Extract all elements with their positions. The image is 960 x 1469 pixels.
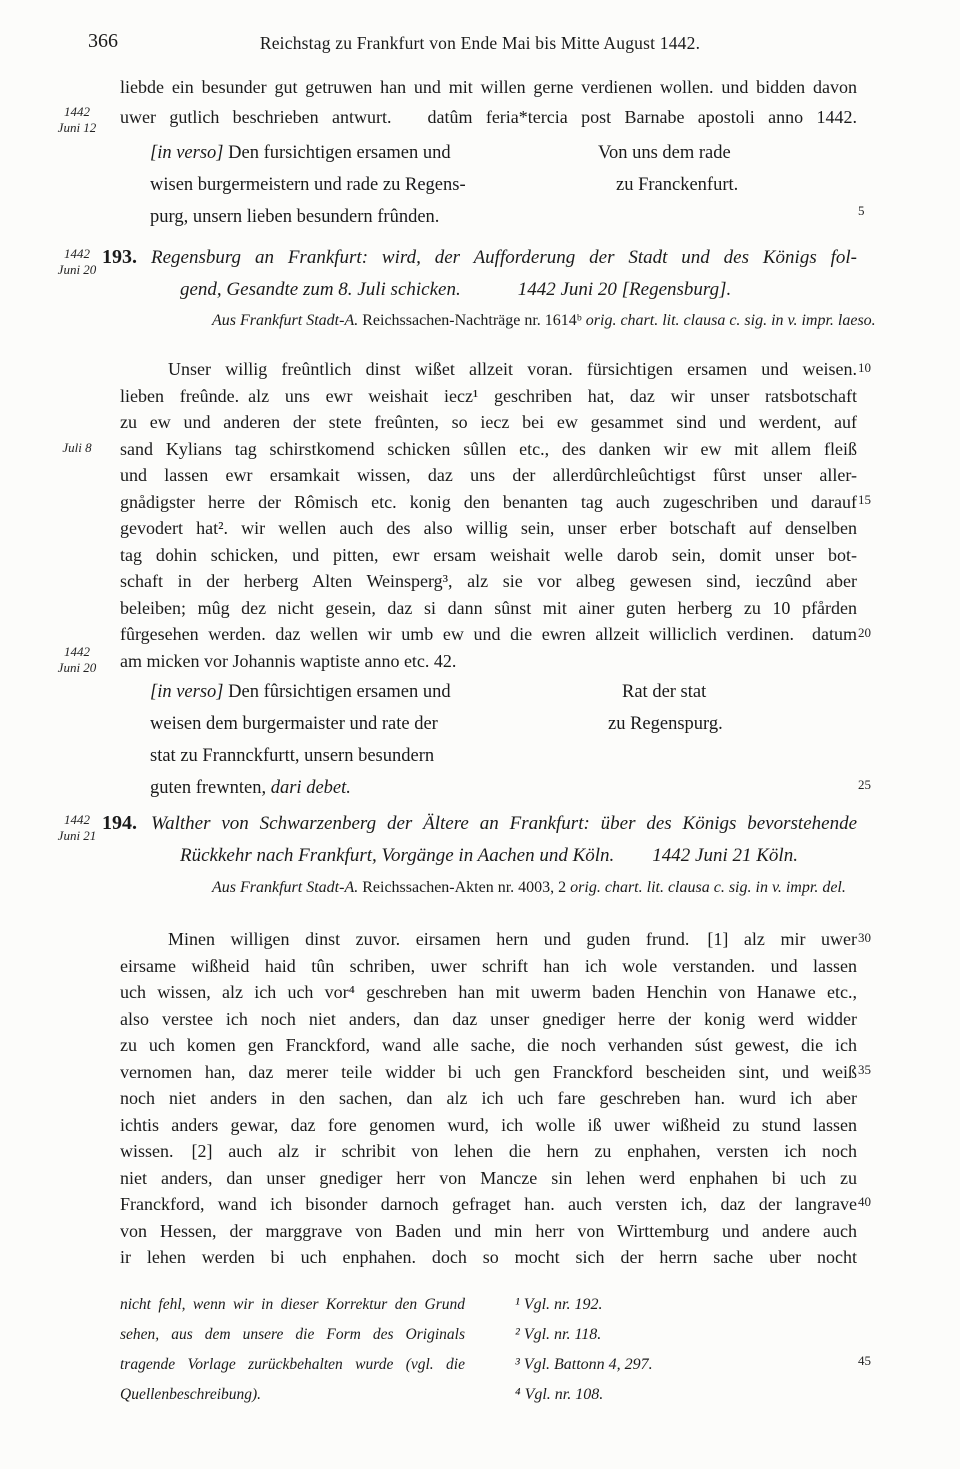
text-line: vernomen han, daz merer teile widder bi … [120,1059,857,1086]
address-line: Rat der stat [608,676,723,708]
text-line: eirsame wißheid haid tûn schriben, uwer … [120,953,857,980]
document-body: Unser willig freûntlich dinst wißet allz… [120,356,857,674]
source-archive: Aus Frankfurt Stadt-A. [212,312,358,329]
text-line: tag dohin schicken, und pitten, ewr ersa… [120,542,857,569]
line-number: 35 [858,1062,871,1078]
address-text: Den fûrsichtigen ersamen und [224,682,451,702]
margin-year: 1442 [40,644,114,660]
address-line: wisen burgermeistern und rade zu Regens- [150,169,466,201]
document-number: 193. [102,246,137,268]
source-descriptor: orig. chart. lit. clausa c. sig. in v. i… [586,312,876,329]
text-line: Unser willig freûntlich dinst wißet allz… [120,356,857,383]
document-body: Minen willigen dinst zuvor. eirsamen her… [120,926,857,1271]
margin-day: Juni 12 [40,120,114,136]
margin-day: Juli 8 [40,440,114,456]
text-line: uch wissen, alz ich uch vor⁴ geschreben … [120,979,857,1006]
verso-label: [in verso] [150,682,224,702]
address-line: weisen dem burgermaister und rate der [150,708,451,740]
footnote-item: ³ Vgl. Battonn 4, 297. [515,1350,653,1380]
book-page: 366 Reichstag zu Frankfurt von Ende Mai … [0,0,960,1469]
text-line: zu ew und anderen der stete freûnten, so… [120,409,857,436]
address-recipient: [in verso] Den fûrsichtigen ersamen und … [150,676,451,804]
address-line: guten frewnten, dari debet. [150,772,451,804]
source-descriptor: orig. chart. lit. clausa c. sig. in v. i… [570,879,846,896]
text-line: also verstee ich noch niet anders, dan d… [120,1006,857,1033]
text-line: wissen. [2] auch alz ir schribit von leh… [120,1138,857,1165]
document-heading: Rückkehr nach Frankfurt, Vorgänge in Aac… [180,843,798,869]
source-ref: Reichssachen-Akten nr. 4003, 2 [358,879,570,896]
source-note: Aus Frankfurt Stadt-A. Reichssachen-Akte… [212,877,888,900]
text-line: niet anders, dan unser gnediger herr von… [120,1165,857,1192]
text-line: uwer gutlich beschrieben antwurt. datûm … [120,104,857,131]
text-line: liebde ein besunder gut getruwen han und… [120,74,857,101]
footnote-item: ² Vgl. nr. 118. [515,1320,653,1350]
line-number: 10 [858,360,871,376]
margin-date: 1442 Juni 12 [40,104,114,136]
document-heading: gend, Gesandte zum 8. Juli schicken. 144… [180,277,731,303]
text-line: schaft in der herberg Alten Weinsperg³, … [120,568,857,595]
margin-day: Juni 20 [40,660,114,676]
address-line: zu Regenspurg. [608,708,723,740]
address-text-italic: dari debet. [271,778,351,798]
line-number: 15 [858,492,871,508]
address-line: stat zu Frannckfurtt, unsern besundern [150,740,451,772]
address-line: [in verso] Den fûrsichtigen ersamen und [150,676,451,708]
line-number: 20 [858,625,871,641]
footnote-item: ⁴ Vgl. nr. 108. [515,1380,653,1410]
line-number: 45 [858,1353,871,1369]
footnote-line: Quellenbeschreibung). [120,1380,465,1410]
address-text: guten frewnten, [150,778,271,798]
text-line: von Hessen, der marggrave von Baden und … [120,1218,857,1245]
source-note: Aus Frankfurt Stadt-A. Reichssachen-Nach… [212,310,888,333]
line-number: 5 [858,203,865,219]
footnote-line: sehen, aus dem unsere die Form des Origi… [120,1320,465,1350]
document-heading: 194.Walther von Schwarzenberg der Ältere… [102,810,857,837]
margin-date: Juli 8 [40,440,114,456]
text-line: beleiben; mûg dez nicht gesein, daz si d… [120,595,857,622]
footnote-list: ¹ Vgl. nr. 192. ² Vgl. nr. 118. ³ Vgl. B… [515,1290,653,1410]
margin-date: 1442 Juni 20 [40,644,114,676]
text-line: sand Kylians tag schirstkomend schicken … [120,436,857,463]
text-line: fûrgesehen werden. daz wellen wir umb ew… [120,621,857,648]
footnote-line: nicht fehl, wenn wir in dieser Korrektur… [120,1290,465,1320]
heading-text: Walther von Schwarzenberg der Ältere an … [151,813,857,834]
text-line: ir lehen werden bi uch enphahen. doch so… [120,1244,857,1271]
footnote-item: ¹ Vgl. nr. 192. [515,1290,653,1320]
address-line: [in verso] Den fursichtigen ersamen und [150,137,466,169]
address-text: Den fursichtigen ersamen und [224,143,451,163]
line-number: 25 [858,777,871,793]
text-line: lieben freûnde. alz uns ewr weishait iec… [120,383,857,410]
line-number: 40 [858,1194,871,1210]
line-number: 30 [858,930,871,946]
text-line: Minen willigen dinst zuvor. eirsamen her… [120,926,857,953]
address-sender: Von uns dem rade zu Franckenfurt. [598,137,738,201]
text-line: gevodert hat². wir wellen auch des also … [120,515,857,542]
address-line: zu Franckenfurt. [598,169,738,201]
document-heading: 193.Regensburg an Frankfurt: wird, der A… [102,244,857,271]
footnote-apparatus: nicht fehl, wenn wir in dieser Korrektur… [120,1290,465,1410]
text-line: und lassen ewr ersamkait wissen, daz uns… [120,462,857,489]
address-recipient: [in verso] Den fursichtigen ersamen und … [150,137,466,233]
verso-label: [in verso] [150,143,224,163]
text-line: am micken vor Johannis waptiste anno etc… [120,648,857,675]
running-title: Reichstag zu Frankfurt von Ende Mai bis … [0,33,960,54]
source-ref: Reichssachen-Nachträge nr. 1614ᵇ [358,312,586,329]
address-sender: Rat der stat zu Regenspurg. [608,676,723,740]
text-line: Franckford, wand ich bisonder darnoch ge… [120,1191,857,1218]
document-number: 194. [102,812,137,834]
heading-text: Regensburg an Frankfurt: wird, der Auffo… [151,247,857,268]
address-line: Von uns dem rade [598,137,738,169]
text-line: ichtis anders gewar, daz fore genomen wu… [120,1112,857,1139]
footnote-line: tragende Vorlage zurückbehalten wurde (v… [120,1350,465,1380]
text-line: noch niet anders in den sachen, dan alz … [120,1085,857,1112]
text-line: zu uch komen gen Franckford, wand alle s… [120,1032,857,1059]
text-line: gnådigster herre der Rômisch etc. konig … [120,489,857,516]
address-line: purg, unsern lieben besundern frûnden. [150,201,466,233]
source-archive: Aus Frankfurt Stadt-A. [212,879,358,896]
margin-year: 1442 [40,104,114,120]
